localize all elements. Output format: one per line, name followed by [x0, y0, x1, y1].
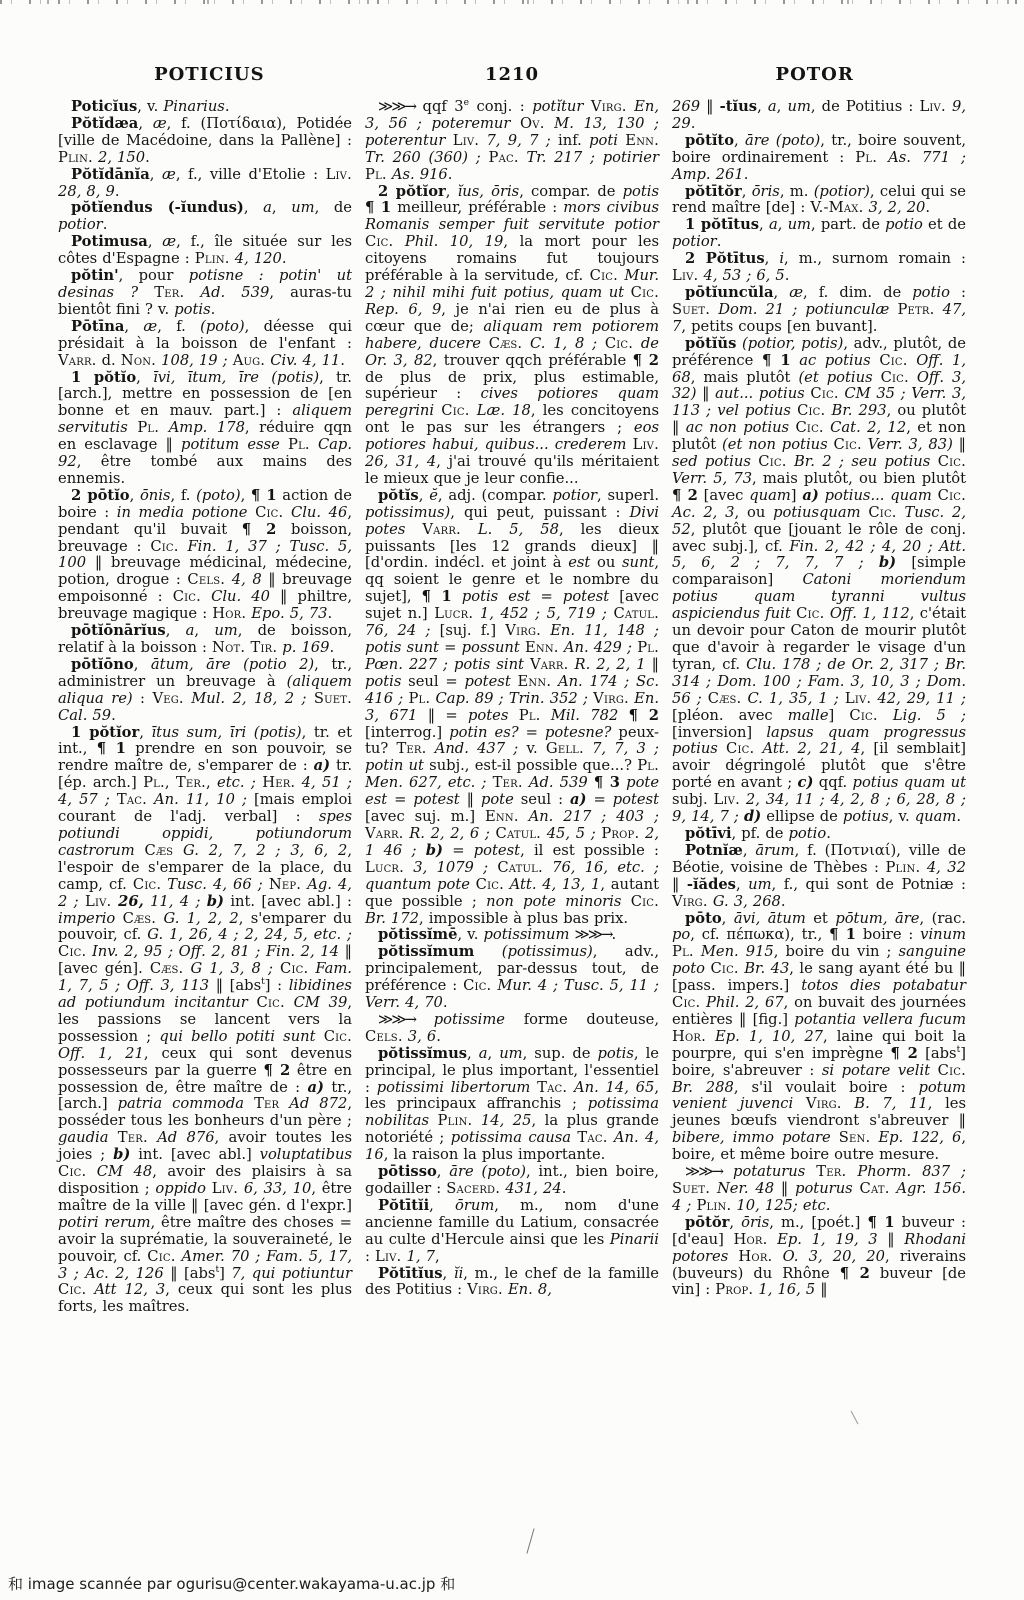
- dictionary-entry: 1 pŏtĭor, ītus sum, īri (potis), tr. et …: [58, 725, 352, 1317]
- column-3: 269 ‖ -tĭus, a, um, de Potitius : Liv. 9…: [672, 99, 966, 1316]
- dictionary-entry: pŏtissĭmum (potissimus), adv., principal…: [365, 944, 659, 1012]
- page-number: 1210: [361, 64, 664, 85]
- dictionary-entry: ≫≫→ potissime forme douteuse, Cels. 3, 6…: [365, 1012, 659, 1046]
- dictionary-entry: Pŏtĭdānĭa, æ, f., ville d'Etolie : Liv. …: [58, 167, 352, 201]
- dictionary-entry: pōtĭōno, ātum, āre (potio 2), tr., admin…: [58, 657, 352, 725]
- dictionary-entry: pŏtin', pour potisne : potin' ut desinas…: [58, 268, 352, 319]
- dictionary-entry: pōtisso, āre (poto), int., bien boire, g…: [365, 1164, 659, 1198]
- dictionary-entry: pōtĭōnārĭus, a, um, de boisson, relatif …: [58, 623, 352, 657]
- scanned-dictionary-page: POTICIUS 1210 POTOR Poticĭus, v. Pinariu…: [0, 0, 1024, 1600]
- dictionary-entry: 1 pŏtĭo, īvi, ītum, īre (potis), tr. [ar…: [58, 370, 352, 488]
- scanner-noise-strip: [0, 0, 1024, 4]
- dictionary-entry: pŏtĭendus (-ĭundus), a, um, de potior.: [58, 200, 352, 234]
- dictionary-entry: Pŏtītĭus, ĭi, m., le chef de la famille …: [365, 1266, 659, 1300]
- dictionary-entry: 2 pōtĭo, ōnis, f. (poto), ¶ 1 action de …: [58, 488, 352, 623]
- dictionary-entry: Potnĭæ, ārum, f. (Ποτνιαί), ville de Béo…: [672, 843, 966, 911]
- dictionary-entry: Pŏtītĭi, ōrum, m., nom d'une ancienne fa…: [365, 1198, 659, 1266]
- dictionary-entry: Potimusa, æ, f., île située sur les côte…: [58, 234, 352, 268]
- dictionary-entry: 269 ‖ -tĭus, a, um, de Potitius : Liv. 9…: [672, 99, 966, 133]
- dictionary-entry: ≫≫→ qqf 3e conj. : potĭtur Virg. En, 3, …: [365, 99, 659, 184]
- running-head-right: POTOR: [663, 64, 966, 85]
- dictionary-entry: Pōtīna, æ, f. (poto), déesse qui présida…: [58, 319, 352, 370]
- dictionary-entry: 1 pŏtītus, a, um, part. de potio et de p…: [672, 217, 966, 251]
- dictionary-entry: ≫≫→ potaturus Ter. Phorm. 837 ; Suet. Ne…: [672, 1164, 966, 1215]
- scan-artifact: [851, 1411, 859, 1425]
- dictionary-entry: pōtŏr, ōris, m., [poét.] ¶ 1 buveur : [d…: [672, 1215, 966, 1300]
- dictionary-entry: pŏtissĭmus, a, um, sup. de potis, le pri…: [365, 1046, 659, 1164]
- dictionary-entry: 2 Pŏtītus, i, m., surnom romain : Liv. 4…: [672, 251, 966, 285]
- running-head-left: POTICIUS: [58, 64, 361, 85]
- scan-artifact: [526, 1528, 534, 1553]
- dictionary-entry: pŏtissĭmē, v. potissimum ≫≫→.: [365, 927, 659, 944]
- column-1: Poticĭus, v. Pinarius.Pŏtĭdæa, æ, f. (Πο…: [58, 99, 352, 1316]
- dictionary-entry: pōtĭto, āre (poto), tr., boire souvent, …: [672, 133, 966, 184]
- dictionary-entry: pōto, āvi, ātum et pōtum, āre, (rac. po,…: [672, 911, 966, 1165]
- dictionary-entry: 2 pŏtĭor, ĭus, ōris, compar. de potis ¶ …: [365, 184, 659, 488]
- column-2: ≫≫→ qqf 3e conj. : potĭtur Virg. En, 3, …: [365, 99, 659, 1316]
- dictionary-entry: pŏtītŏr, ōris, m. (potior), celui qui se…: [672, 184, 966, 218]
- running-head: POTICIUS 1210 POTOR: [58, 64, 966, 85]
- dictionary-entry: pōtĭuncŭla, æ, f. dim. de potio : Suet. …: [672, 285, 966, 336]
- scan-footer-note: 和 image scannée par ogurisu@center.wakay…: [8, 1573, 455, 1594]
- dictionary-entry: pŏtĭŭs (potior, potis), adv., plutôt, de…: [672, 336, 966, 826]
- text-columns: Poticĭus, v. Pinarius.Pŏtĭdæa, æ, f. (Πο…: [58, 99, 966, 1316]
- dictionary-entry: pŏtĭs, ĕ, adj. (compar. potior, superl. …: [365, 488, 659, 928]
- dictionary-entry: pŏtīvi, pf. de potio.: [672, 826, 966, 843]
- dictionary-entry: Poticĭus, v. Pinarius.: [58, 99, 352, 116]
- dictionary-entry: Pŏtĭdæa, æ, f. (Ποτίδαια), Potidée [vill…: [58, 116, 352, 167]
